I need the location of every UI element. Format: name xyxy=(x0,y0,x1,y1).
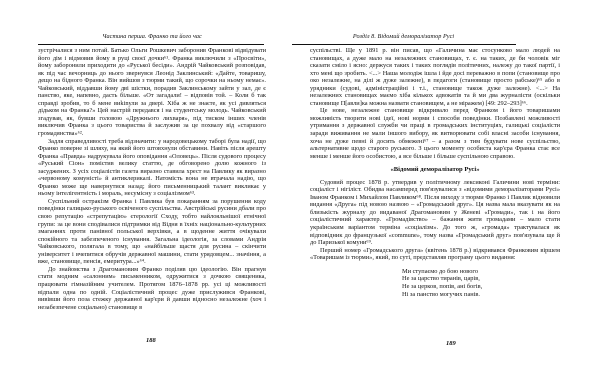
poem-line: Не за царство тиранів, царів, xyxy=(402,275,560,283)
section-title: «Відомий деморалізатор Русі» xyxy=(310,166,560,174)
running-head-left: Частина перша. Франко та його час xyxy=(38,33,266,40)
poem-line: Ні за панство могучих панів. xyxy=(402,291,560,299)
paragraph: суспільстві. Ще у 1891 р. він писав, що … xyxy=(310,47,560,107)
poem-line: Не за церков, попів, ані богів, xyxy=(402,283,560,291)
right-page: Розділ 8. Відомий деморалізатор Русі сус… xyxy=(292,0,560,385)
paragraph: зустрічалися з ним потай. Батько Ольги Р… xyxy=(38,47,266,138)
left-page: Частина перша. Франко та його час зустрі… xyxy=(38,0,266,385)
header-rule-right xyxy=(292,44,516,45)
left-page-body: зустрічалися з ним потай. Батько Ольги Р… xyxy=(38,47,266,311)
page-number-left: 188 xyxy=(146,337,156,344)
paragraph: Це нове, незалежне становище відкривало … xyxy=(310,107,560,160)
paragraph: Судовий процес 1878 р. утвердив у політи… xyxy=(310,179,560,247)
paragraph: Задля справедливості треба відзначити: у… xyxy=(38,138,266,198)
poem-line: Ми ступаємо до бою нового xyxy=(402,268,560,276)
paragraph: Перший номер «Громадського друга» (квіте… xyxy=(310,247,560,262)
poem-quote: Ми ступаємо до бою нового Не за царство … xyxy=(310,268,560,298)
paragraph: До знайомства з Драгомановим Франко поді… xyxy=(38,266,266,311)
page-number-right: 189 xyxy=(446,340,456,347)
paragraph: Суспільний остракізм Франка і Павлика бу… xyxy=(38,198,266,266)
running-head-right: Розділ 8. Відомий деморалізатор Русі xyxy=(292,33,515,40)
header-rule-left xyxy=(38,44,264,45)
right-page-body: суспільстві. Ще у 1891 р. він писав, що … xyxy=(310,47,560,298)
